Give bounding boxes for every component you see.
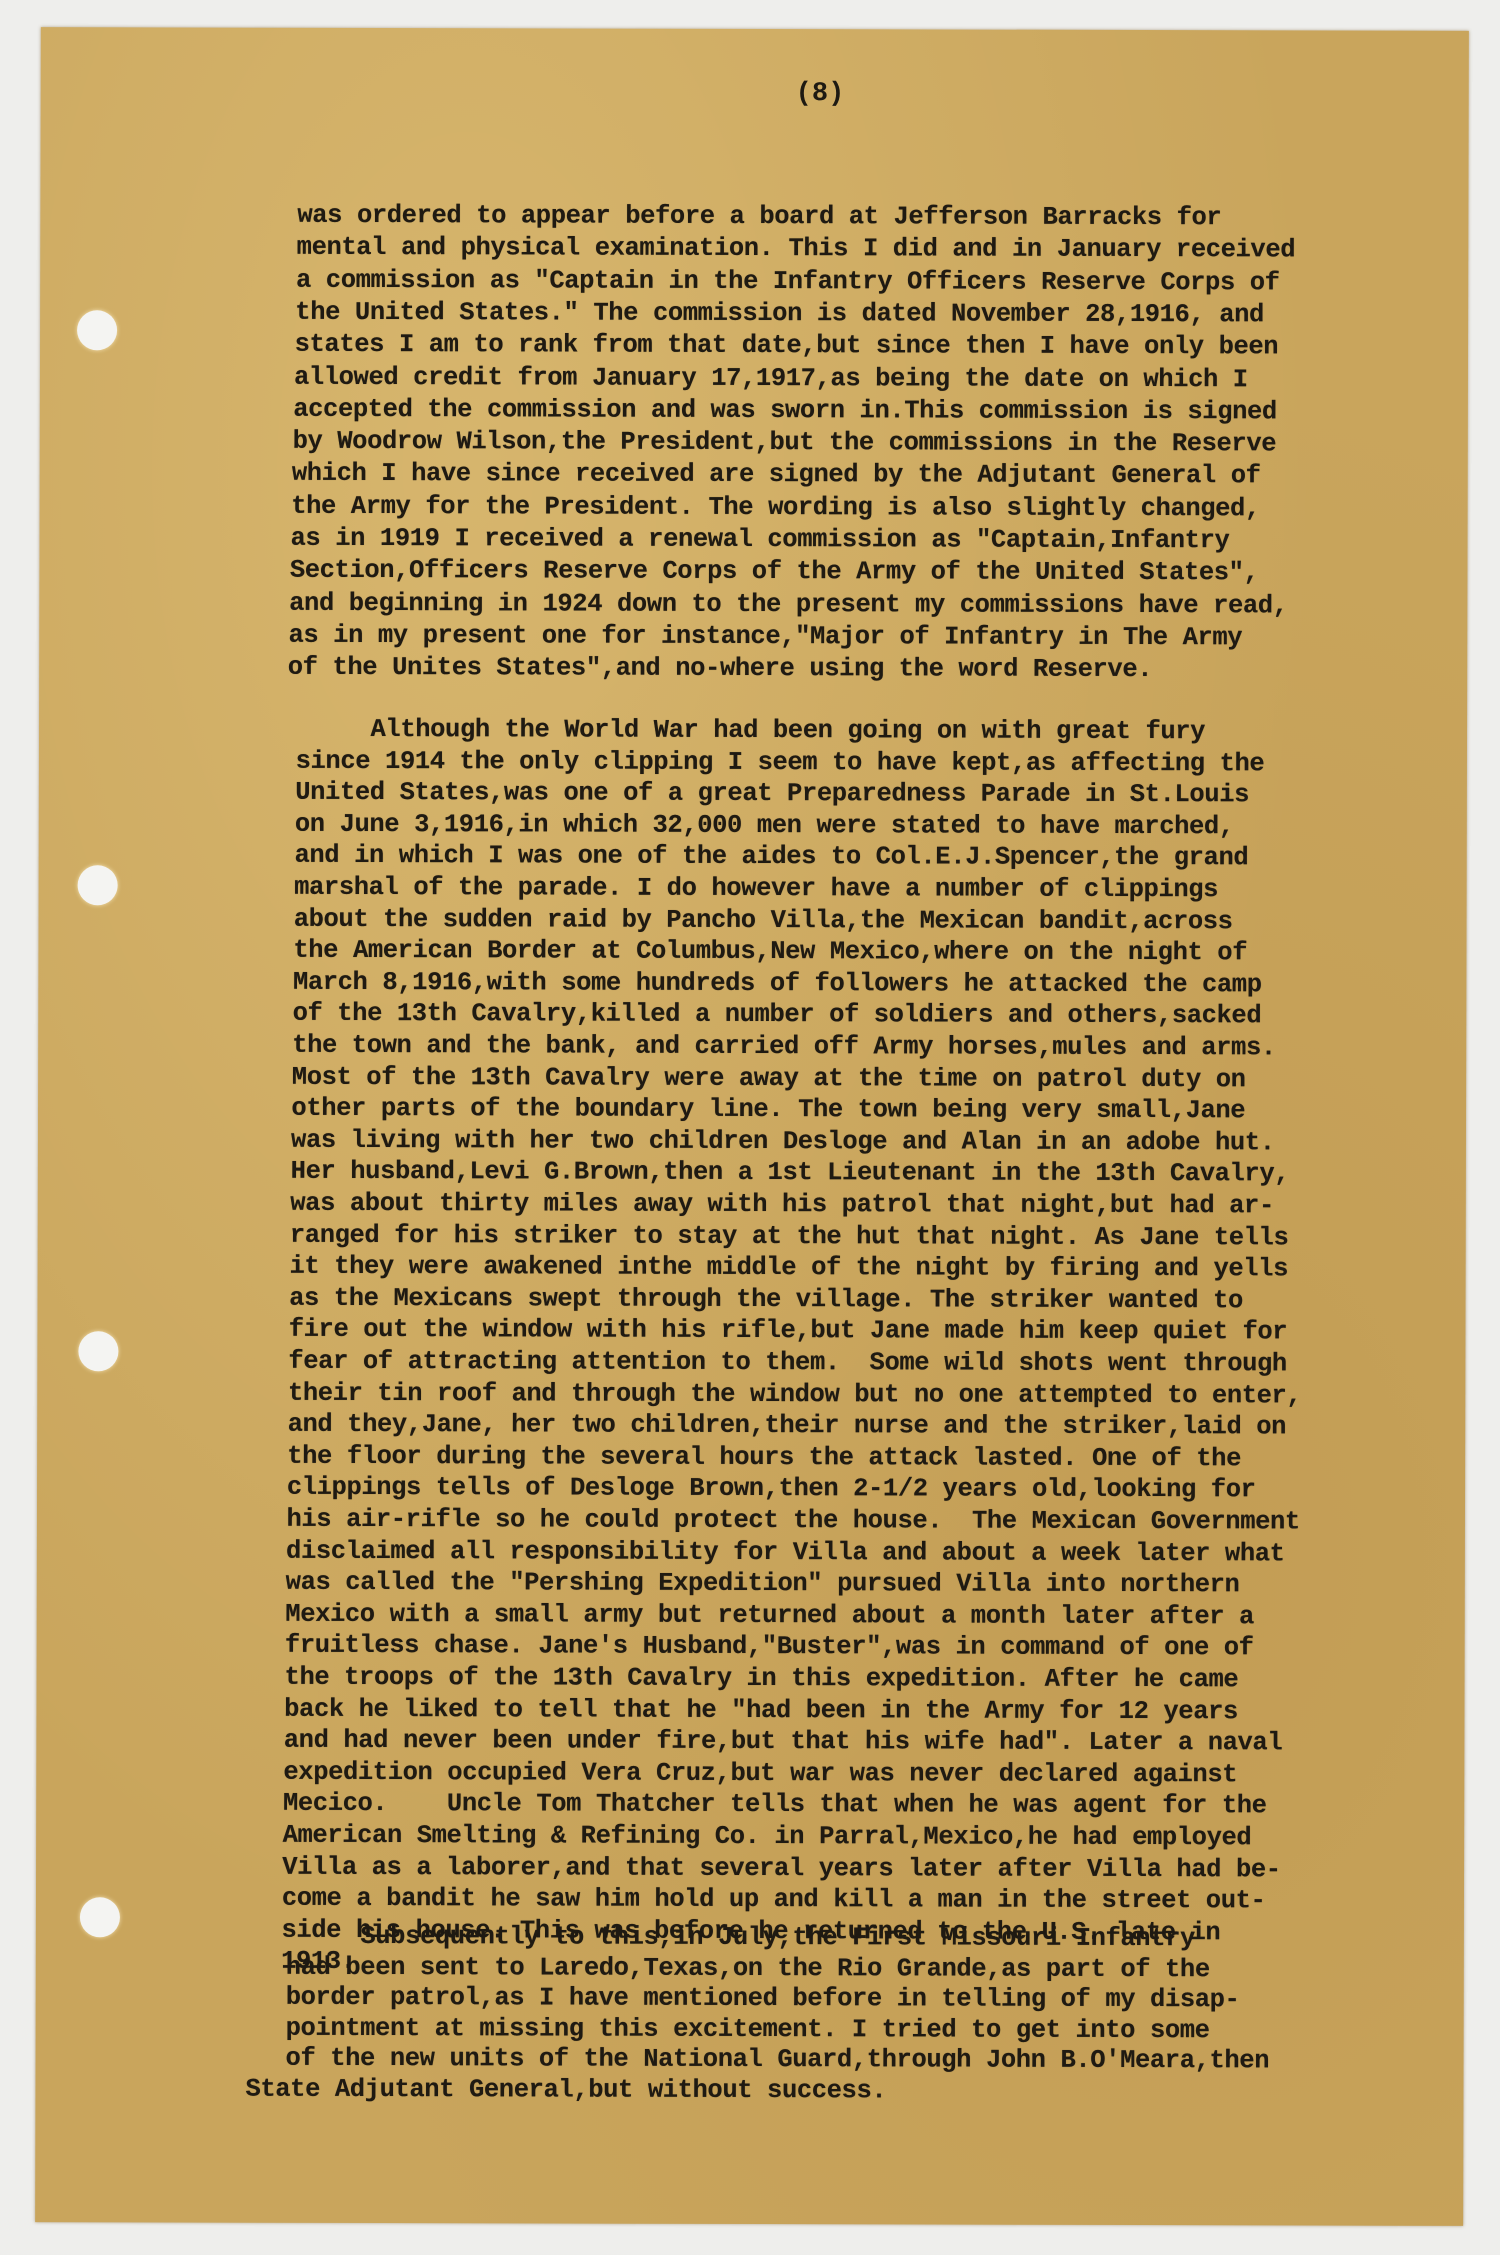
punch-hole xyxy=(78,1331,118,1371)
text-line: a commission as "Captain in the Infantry… xyxy=(296,265,1280,297)
punch-hole xyxy=(80,1897,120,1937)
text-line: and in which I was one of the aides to C… xyxy=(294,841,1248,872)
text-line: fire out the window with his rifle,but J… xyxy=(289,1315,1288,1347)
text-line: Most of the 13th Cavalry were away at th… xyxy=(292,1062,1246,1093)
text-line: border patrol,as I have mentioned before… xyxy=(286,1983,1240,2014)
text-line: of the new units of the National Guard,t… xyxy=(286,2044,1270,2076)
text-line: come a bandit he saw him hold up and kil… xyxy=(282,1884,1266,1916)
text-line: as in 1919 I received a renewal commissi… xyxy=(291,524,1230,555)
text-line: the floor during the several hours the a… xyxy=(287,1442,1241,1473)
text-line: Section,Officers Reserve Corps of the Ar… xyxy=(290,556,1259,588)
text-line: back he liked to tell that he "had been … xyxy=(284,1694,1238,1725)
text-line: his air-rifle so he could protect the ho… xyxy=(286,1505,1299,1537)
text-line: as the Mexicans swept through the villag… xyxy=(289,1284,1243,1315)
text-line: it they were awakened inthe middle of th… xyxy=(289,1252,1288,1284)
text-line: by Woodrow Wilson,the President,but the … xyxy=(293,427,1277,459)
text-line: their tin roof and through the window bu… xyxy=(288,1378,1301,1410)
text-line: accepted the commission and was sworn in… xyxy=(293,395,1277,427)
text-line: was about thirty miles away with his pat… xyxy=(290,1189,1274,1221)
text-line: Mecico. Uncle Tom Thatcher tells that wh… xyxy=(283,1789,1267,1821)
text-line: ranged for his striker to stay at the hu… xyxy=(290,1220,1289,1252)
text-line: Although the World War had been going on… xyxy=(296,715,1205,746)
text-line: the American Border at Columbus,New Mexi… xyxy=(293,936,1247,967)
text-line: was living with her two children Desloge… xyxy=(291,1126,1275,1158)
text-line: and beginning in 1924 down to the presen… xyxy=(289,588,1288,620)
text-line: Subsequently to this,in July,the First M… xyxy=(286,1922,1195,1953)
text-line: the Army for the President. The wording … xyxy=(291,491,1260,523)
page-number: (8) xyxy=(796,79,845,109)
text-line: fear of attracting attention to them. So… xyxy=(288,1347,1287,1379)
text-line: which I have since received are signed b… xyxy=(292,459,1261,491)
text-line: Mexico with a small army but returned ab… xyxy=(285,1600,1254,1632)
text-line: the town and the bank, and carried off A… xyxy=(292,1031,1276,1063)
text-line: expedition occupied Vera Cruz,but war wa… xyxy=(283,1758,1237,1789)
typewritten-page: (8) was ordered to appear before a board… xyxy=(35,27,1469,2226)
text-line: was called the "Pershing Expedition" pur… xyxy=(286,1568,1240,1599)
text-line: the troops of the 13th Cavalry in this e… xyxy=(285,1663,1239,1694)
text-line: was ordered to appear before a board at … xyxy=(297,201,1221,232)
text-line: and had never been under fire,but that h… xyxy=(284,1726,1283,1758)
text-line: Villa as a laborer,and that several year… xyxy=(282,1852,1281,1884)
text-line: marshal of the parade. I do however have… xyxy=(294,873,1218,904)
text-line: other parts of the boundary line. The to… xyxy=(291,1094,1245,1125)
text-line: since 1914 the only clipping I seem to h… xyxy=(296,746,1265,778)
punch-hole xyxy=(77,310,117,350)
text-line: as in my present one for instance,"Major… xyxy=(288,621,1242,652)
text-line: allowed credit from January 17,1917,as b… xyxy=(294,362,1248,393)
text-line: the United States." The commission is da… xyxy=(295,298,1264,330)
text-line: disclaimed all responsibility for Villa … xyxy=(286,1536,1285,1568)
text-line: State Adjutant General,but without succe… xyxy=(245,2075,886,2106)
text-line: clippings tells of Desloge Brown,then 2-… xyxy=(287,1473,1256,1505)
document-body: was ordered to appear before a board at … xyxy=(41,27,1469,31)
text-line: American Smelting & Refining Co. in Parr… xyxy=(283,1821,1252,1853)
text-line: mental and physical examination. This I … xyxy=(297,233,1296,265)
text-line: pointment at missing this excitement. I … xyxy=(286,2014,1210,2045)
text-line: fruitless chase. Jane's Husband,"Buster"… xyxy=(285,1631,1254,1663)
text-line: Her husband,Levi G.Brown,then a 1st Lieu… xyxy=(291,1157,1290,1189)
text-line: on June 3,1916,in which 32,000 men were … xyxy=(295,810,1234,841)
text-line: about the sudden raid by Pancho Villa,th… xyxy=(294,904,1233,935)
text-line: had been sent to Laredo,Texas,on the Rio… xyxy=(286,1952,1210,1983)
text-line: of the Unites States",and no-where using… xyxy=(288,653,1152,684)
text-line: United States,was one of a great Prepare… xyxy=(295,778,1249,809)
text-line: states I am to rank from that date,but s… xyxy=(295,330,1279,362)
punch-hole xyxy=(78,865,118,905)
text-line: of the 13th Cavalry,killed a number of s… xyxy=(293,999,1262,1031)
text-line: March 8,1916,with some hundreds of follo… xyxy=(293,968,1262,1000)
text-line: and they,Jane, her two children,their nu… xyxy=(288,1410,1287,1442)
